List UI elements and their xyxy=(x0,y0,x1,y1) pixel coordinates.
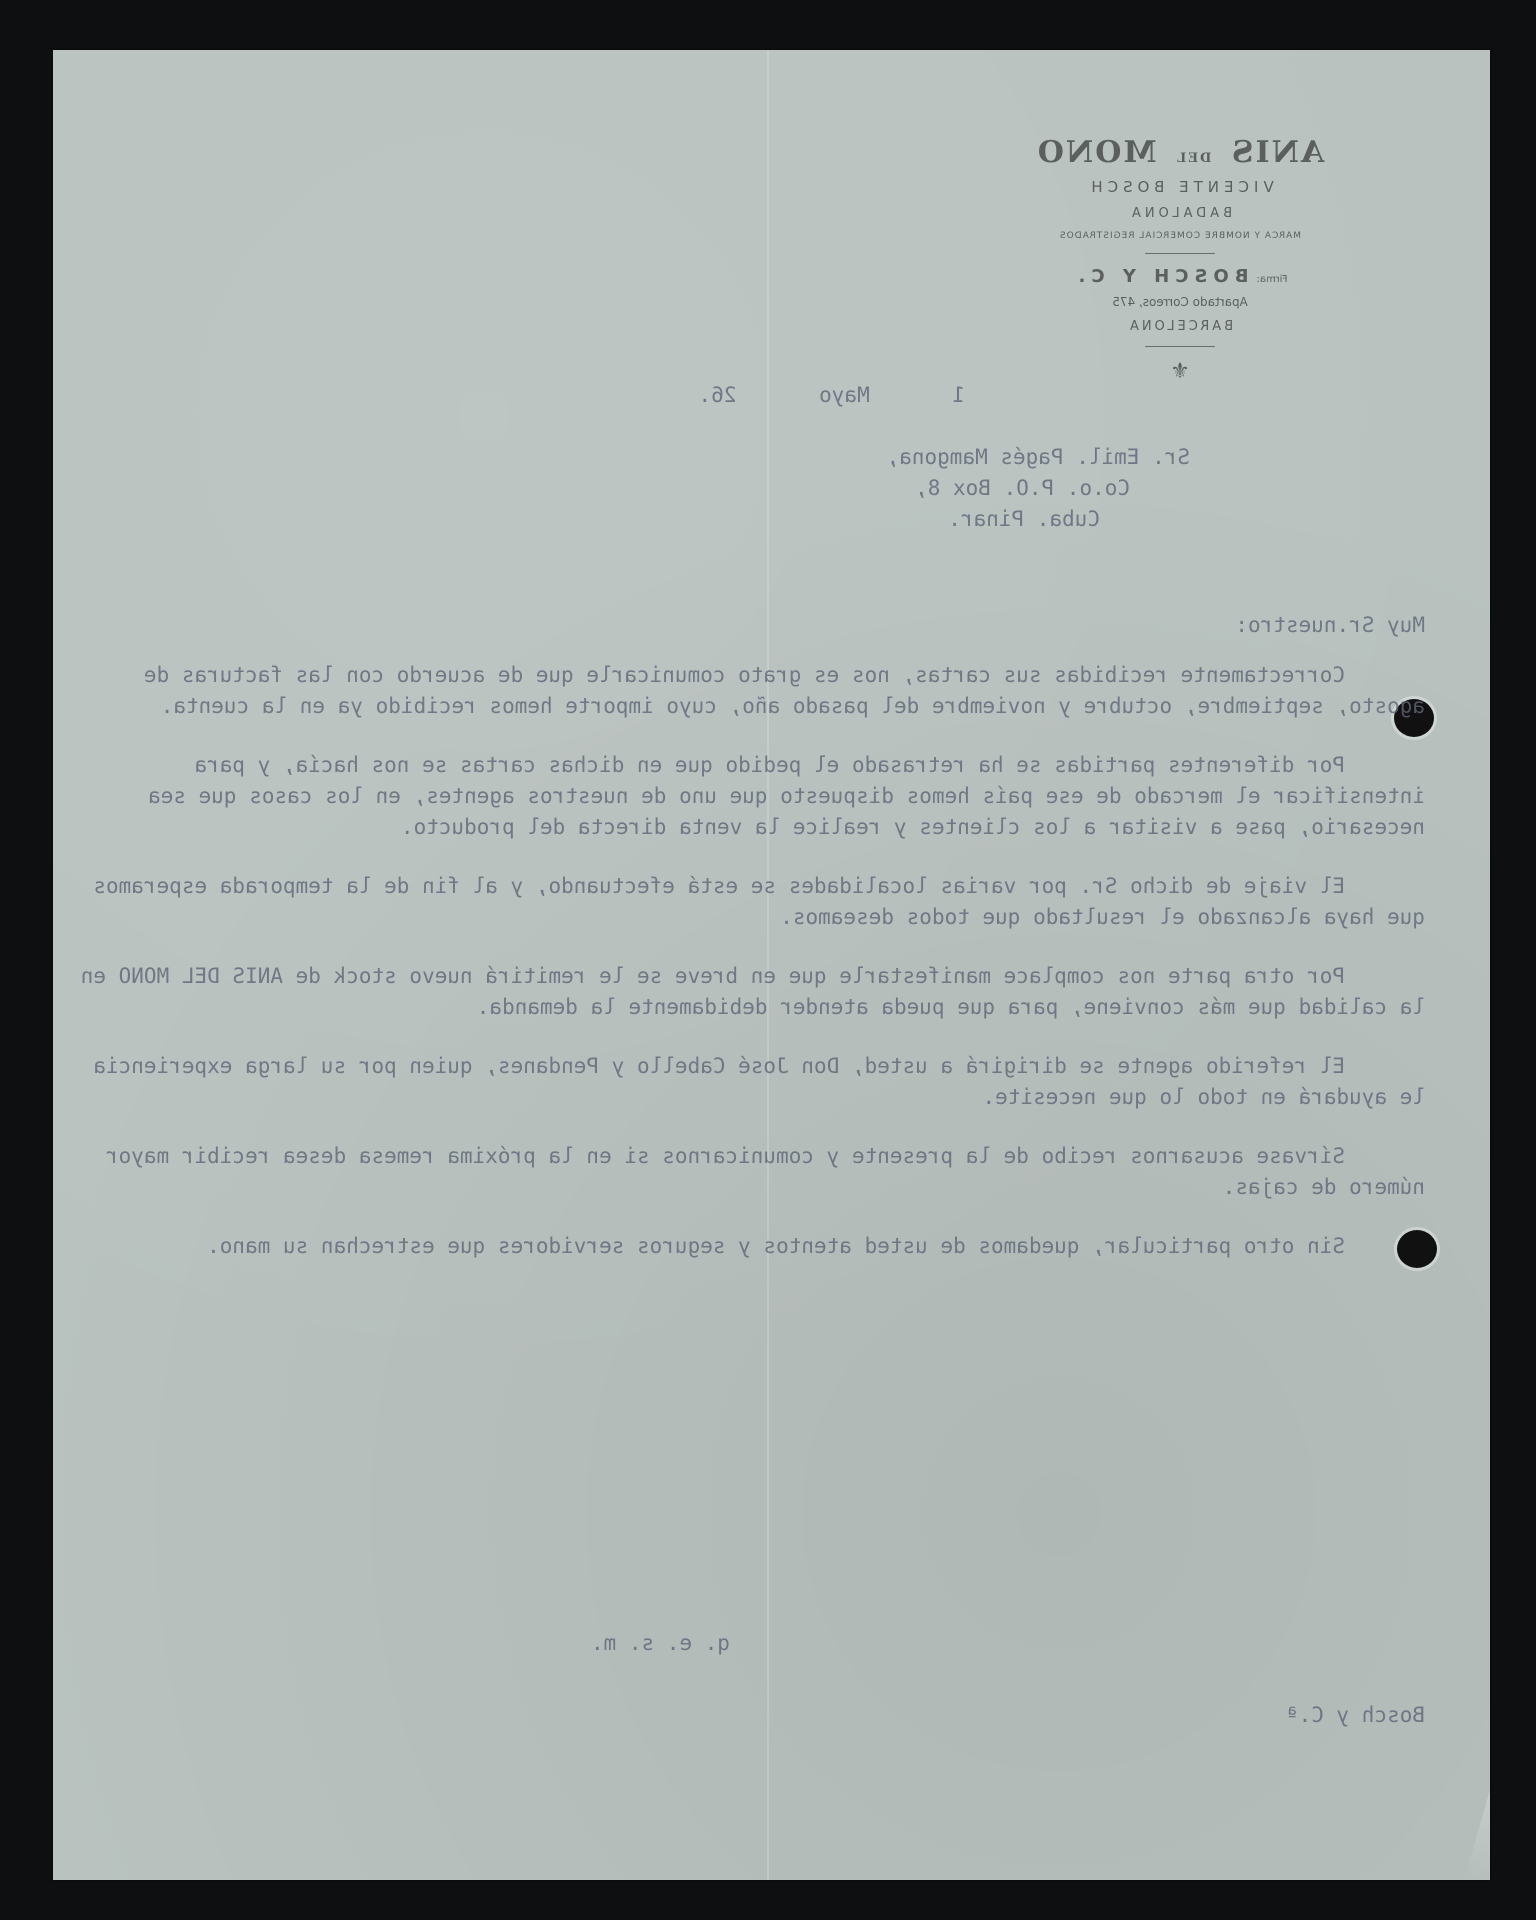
letterhead-divider xyxy=(1145,253,1215,254)
paragraph: El viaje de dicho Sr. por varias localid… xyxy=(65,871,1425,933)
mirrored-content: ANIS DEL MONO VICENTE BOSCH BADALONA MAR… xyxy=(53,50,1490,1880)
date-year: 26. xyxy=(699,383,737,407)
letterhead-city-2: BARCELONA xyxy=(990,319,1370,334)
brand-small-text: DEL xyxy=(1175,151,1211,166)
document-page: ANIS DEL MONO VICENTE BOSCH BADALONA MAR… xyxy=(53,50,1490,1880)
firm-label: Firma: xyxy=(1256,274,1287,285)
salutation: Muy Sr.nuestro: xyxy=(1235,610,1425,641)
letter-body: Correctamente recibidas sus cartas, nos … xyxy=(65,660,1425,1290)
signature: Bosch y C.ª xyxy=(1286,1700,1425,1731)
paragraph: El referido agente se dirigirá a usted, … xyxy=(65,1051,1425,1113)
fleur-icon: ⚜ xyxy=(990,359,1370,384)
paragraph: Por otra parte nos complace manifestarle… xyxy=(65,961,1425,1023)
paragraph: Sírvase acusarnos recibo de la presente … xyxy=(65,1141,1425,1203)
recipient-line-3: Cuba. Pinar. xyxy=(670,504,1190,535)
paragraph: Por diferentes partidas se ha retrasado … xyxy=(65,750,1425,843)
letterhead-city: BADALONA xyxy=(990,206,1370,221)
letterhead-tagline: MARCA Y NOMBRE COMERCIAL REGISTRADOS xyxy=(990,231,1370,241)
firm-name: BOSCH Y C. xyxy=(1073,266,1249,287)
letterhead-owner: VICENTE BOSCH xyxy=(990,178,1370,196)
letterhead: ANIS DEL MONO VICENTE BOSCH BADALONA MAR… xyxy=(990,135,1370,384)
closing: q. e. s. m. xyxy=(591,1628,730,1659)
recipient-address: Sr. Emil. Pagés Mamgona, Co.o. P.O. Box … xyxy=(670,442,1190,535)
brand-text: ANIS xyxy=(1230,135,1324,170)
letterhead-address: Apartado Correos, 475 xyxy=(990,295,1370,309)
paragraph: Correctamente recibidas sus cartas, nos … xyxy=(65,660,1425,722)
letterhead-divider-2 xyxy=(1145,346,1215,347)
date-day: 1 xyxy=(952,383,965,407)
letterhead-brand: ANIS DEL MONO xyxy=(990,135,1370,170)
letter-date: 1 Mayo 26. xyxy=(115,380,965,411)
letterhead-firm: Firma:BOSCH Y C. xyxy=(990,266,1370,287)
recipient-line-1: Sr. Emil. Pagés Mamgona, xyxy=(670,442,1190,473)
date-month: Mayo xyxy=(819,383,870,407)
paragraph: Sin otro particular, quedamos de usted a… xyxy=(65,1231,1425,1262)
brand-text-2: MONO xyxy=(1036,135,1157,170)
recipient-line-2: Co.o. P.O. Box 8, xyxy=(670,473,1190,504)
